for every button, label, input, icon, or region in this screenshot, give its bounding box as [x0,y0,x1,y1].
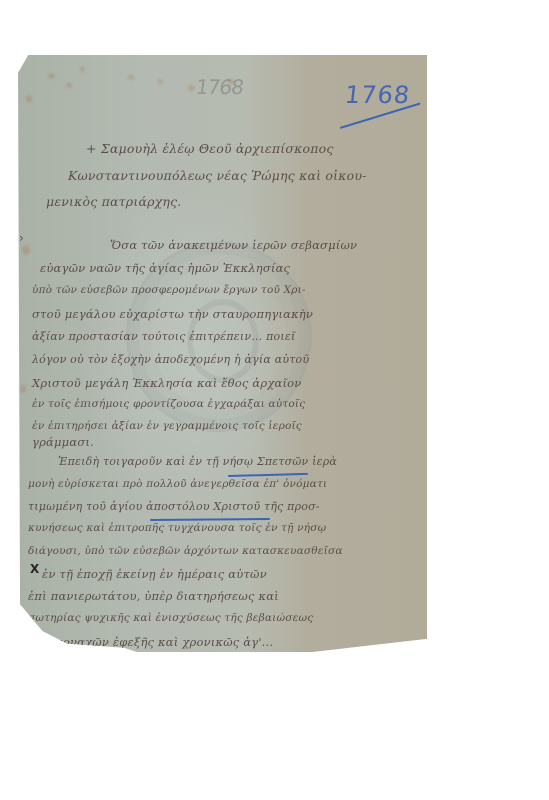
body-line: διάγουσι, ὑπὸ τῶν εὐσεβῶν ἀρχόντων κατασ… [28,545,343,557]
foxing-spot [48,73,55,79]
body-line: τῶν μοναχῶν ἐφεξῆς καὶ χρονικῶς ἀγ'... [28,635,273,649]
body-line: ἐν ἐπιτηρήσει ἀξίαν ἐν γεγραμμένοις τοῖς… [32,420,302,432]
manuscript-page: 1768 1768 + Σαμουὴλ ἐλέῳ Θεοῦ ἀρχιεπίσκο… [18,55,427,652]
foxing-spot [26,95,32,103]
margin-x-mark: X [30,562,39,576]
header-line-3: μενικὸς πατριάρχης. [46,194,181,209]
foxing-spot [128,75,134,80]
blue-underline-stroke [150,518,270,521]
body-line: ἐπὶ πανιερωτάτου, ὑπὲρ διατηρήσεως καὶ [28,589,279,603]
blue-underline-stroke [228,473,308,477]
foxing-spot [158,79,163,84]
body-line: Χριστοῦ μεγάλη Ἐκκλησία καὶ ἔθος ἀρχαῖον [32,376,301,390]
body-line: τιμωμένη τοῦ ἁγίου ἀποστόλου Χριστοῦ τῆς… [28,500,320,513]
header-line-1: + Σαμουὴλ ἐλέῳ Θεοῦ ἀρχιεπίσκοπος [86,141,334,156]
body-line: στοῦ μεγάλου εὐχαρίστω τὴν σταυροπηγιακὴ… [32,307,313,321]
body-line: σωτηρίας ψυχικῆς καὶ ἐνισχύσεως τῆς βεβα… [28,612,313,624]
body-line: ἐν τῇ ἐποχῇ ἐκείνῃ ἐν ἡμέραις αὐτῶν [42,567,267,581]
header-line-2: Κωνσταντινουπόλεως νέας Ῥώμης καὶ οἰκου- [68,168,367,183]
body-line: εὐαγῶν ναῶν τῆς ἁγίας ἡμῶν Ἐκκλησίας [40,261,290,275]
body-line: κυνήσεως καὶ ἐπιτροπῆς τυγχάνουσα τοῖς ἐ… [28,522,326,534]
blue-archive-number: 1768 [344,81,412,109]
body-line: γράμμασι. [32,435,94,449]
foxing-spot [20,385,26,393]
body-line: Ἐπειδὴ τοιγαροῦν καὶ ἐν τῇ νήσῳ Σπετσῶν … [58,455,337,468]
body-line: λόγον οὐ τὸν ἐξοχὴν ἀποδεχομένη ἡ ἁγία α… [32,353,309,366]
body-line: ὑπὸ τῶν εὐσεβῶν προσφερομένων ἔργων τοῦ … [32,284,306,296]
body-line: ἐν τοῖς ἐπισήμοις φροντίζουσα ἐγχαράξαι … [32,398,305,410]
foxing-spot [66,83,72,88]
pencil-archive-number: 1768 [194,75,244,99]
foxing-spot [80,67,85,72]
foxing-spot [22,245,30,255]
body-line: ἀξίαν προστασίαν τούτοις ἐπιτρέπειν... π… [32,330,295,343]
body-line: μονὴ εὑρίσκεται πρὸ πολλοῦ ἀνεγερθεῖσα ἐ… [28,478,327,490]
body-line: Ὅσα τῶν ἀνακειμένων ἱερῶν σεβασμίων [110,238,357,252]
margin-arrow-mark: › [19,231,24,245]
foxing-spot [188,85,195,91]
